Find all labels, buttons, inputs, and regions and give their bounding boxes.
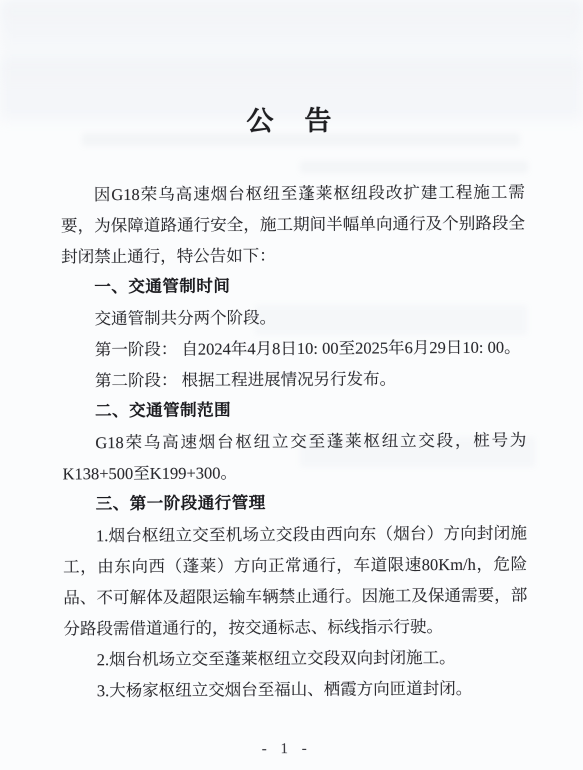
notice-body: 因G18荣乌高速烟台枢纽至蓬莱枢纽段改扩建工程施工需要，为保障道路通行安全，施工… [61,177,528,707]
document-sheet: 公 告 因G18荣乌高速烟台枢纽至蓬莱枢纽段改扩建工程施工需要，为保障道路通行安… [0,0,583,770]
heading-section-1: 一、交通管制时间 [61,270,525,304]
notice-title: 公 告 [0,104,581,138]
paragraph-control-range: G18荣乌高速烟台枢纽立交至蓬莱枢纽立交段，桩号为K138+500至K199+3… [62,425,526,490]
scanned-notice-page: 公 告 因G18荣乌高速烟台枢纽至蓬莱枢纽段改扩建工程施工需要，为保障道路通行安… [0,0,583,770]
paragraph-item-3: 3.大杨家枢纽立交烟台至福山、栖霞方向匝道封闭。 [64,673,528,707]
paragraph-phase-2-dates: 第二阶段： 根据工程进展情况另行发布。 [62,363,526,397]
paragraph-phase-1-dates: 第一阶段： 自2024年4月8日10: 00至2025年6月29日10: 00。 [62,332,526,366]
heading-section-3: 三、第一阶段通行管理 [63,487,527,521]
page-number: - 1 - [2,739,571,759]
paragraph-phases-overview: 交通管制共分两个阶段。 [61,301,525,335]
heading-section-2: 二、交通管制范围 [62,394,526,428]
paragraph-item-1: 1.烟台枢纽立交至机场立交段由西向东（烟台）方向封闭施工，由东向西（蓬莱）方向正… [63,518,528,645]
paragraph-intro: 因G18荣乌高速烟台枢纽至蓬莱枢纽段改扩建工程施工需要，为保障道路通行安全，施工… [61,177,526,273]
paragraph-item-2: 2.烟台机场立交至蓬莱枢纽立交段双向封闭施工。 [64,642,528,676]
